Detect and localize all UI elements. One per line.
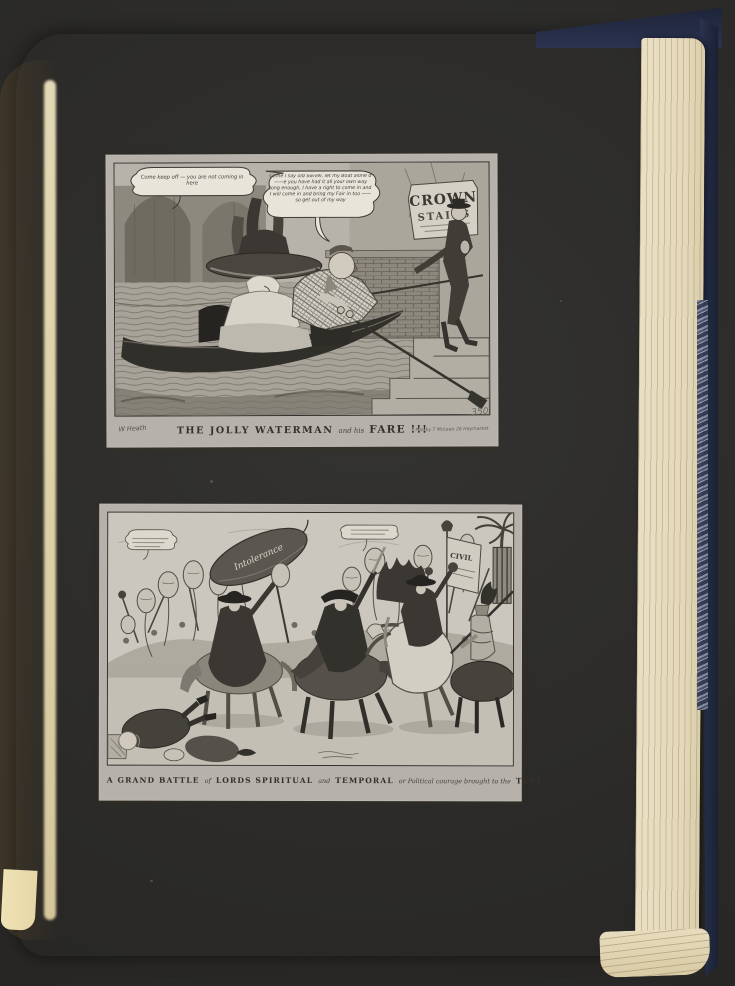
foxing-spot — [560, 300, 562, 302]
foxing-spot — [150, 880, 153, 882]
etch-frame: Intolerance CIVIL — [107, 512, 514, 767]
artist-signature: W Heath — [118, 424, 146, 434]
speech-text-left: Come keep off — you are not coming in he… — [136, 174, 247, 197]
caption-seg3: LORDS SPIRITUAL — [216, 776, 313, 785]
print-jolly-waterman: CROWN STAIRS — [105, 153, 498, 447]
caption-title-connector: and his — [339, 427, 365, 435]
photograph-of-album-page: CROWN STAIRS — [0, 0, 735, 986]
print-grand-battle: Intolerance CIVIL — [99, 504, 523, 802]
caption-seg2: of — [205, 777, 211, 785]
etch-frame: CROWN STAIRS — [114, 161, 491, 416]
etching-grand-battle: Intolerance CIVIL — [108, 513, 513, 766]
waterman-badge — [460, 240, 470, 254]
speech-left-text: Come keep off — you are not coming in he… — [136, 174, 247, 187]
foxing-spot — [210, 480, 213, 483]
caption-seg4: and — [318, 777, 330, 785]
caption-seg6: or Political courage brought to the — [399, 777, 511, 785]
pencil-number: 350 — [471, 407, 489, 418]
crown-stairs-sign: CROWN STAIRS — [407, 180, 480, 239]
caption-grand-battle: A GRAND BATTLE of LORDS SPIRITUAL and TE… — [107, 768, 514, 795]
speech-text-right: Come I say old Swivel, let my Boat alone… — [269, 174, 373, 219]
caption-jolly-waterman: THE JOLLY WATERMAN and his FARE !!! W He… — [114, 417, 490, 444]
facing-page-sliver — [0, 869, 37, 931]
caption-seg7: TEST . — [516, 776, 550, 785]
gutter-highlight — [44, 80, 56, 920]
publication-line: Pub by T McLean 26 Haymarket — [415, 427, 488, 434]
caption-seg5: TEMPORAL — [335, 776, 394, 785]
speech-right-text: Come I say old Swivel, let my Boat alone… — [269, 174, 373, 205]
etching-jolly-waterman: CROWN STAIRS — [115, 162, 490, 415]
caption-seg1: A GRAND BATTLE — [107, 776, 200, 785]
marbled-cover-edge — [697, 300, 708, 710]
page-edge-stack — [635, 38, 705, 954]
caption-title-main: THE JOLLY WATERMAN — [177, 425, 334, 437]
page-stack-fan — [599, 928, 711, 978]
